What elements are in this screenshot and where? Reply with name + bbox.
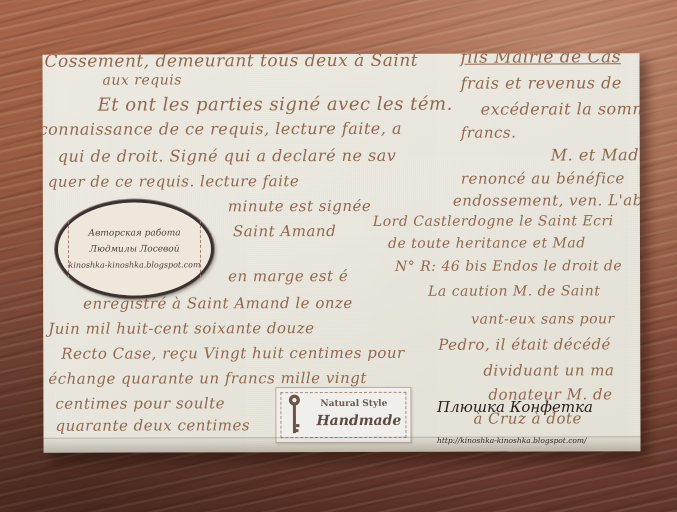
script-line: Saint Amand [233,222,336,240]
script-line: renoncé au bénéfice [461,169,625,187]
script-line: de toute heritance et Mad [388,235,586,252]
script-line: Juin mil huit-cent soixante douze [48,319,314,338]
script-line: Et ont les parties signé avec les tém. [98,94,453,116]
script-line: Recto Case, reçu Vingt huit centimes pou… [61,344,404,363]
script-line: qui de droit. Signé qui a declaré ne sav [58,146,397,166]
script-line: en marge est é [228,267,348,285]
script-line: aux requis [103,72,182,88]
tag-main-text: Handmade [316,413,401,429]
script-line: M. et Madame [551,145,641,164]
tag-title: Natural Style [320,399,387,409]
script-line: N° R: 46 bis Endos le droit de [395,258,622,275]
script-line: La caution M. de Saint [428,283,600,299]
script-line: endossement, ven. L'ab [453,191,641,209]
script-line: centimes pour soulte [55,394,225,412]
script-line: Pedro, il était décédé [438,335,611,353]
script-line: frais et revenus de [461,73,622,92]
script-line: connaissance de ce requis, lecture faite… [42,119,402,139]
script-line: Lord Castlerdogne le Saint Ecri [373,213,614,230]
script-line: francs. [461,124,517,142]
script-line: vant-eux sans pour [471,311,615,327]
oval-label-line-1: Авторская работа [88,228,180,238]
script-line: excéderait la somme [481,99,641,118]
oval-label-url: kinoshka-kinoshka.blogspot.com [68,260,200,269]
oval-label-line-2: Людмилы Лосевой [89,244,179,254]
script-line: Cossement, demeurant tous deux à Saint [44,53,418,72]
decoupage-box-lid: Cossement, demeurant tous deux à Saint a… [42,53,640,453]
script-line: échange quarante un francs mille vingt [48,369,367,388]
script-line: quarante deux centimes [55,416,250,435]
script-line: fils Mairie de Cas [460,53,621,67]
key-icon [285,393,303,437]
watermark-url: http://kinoshka-kinoshka.blogspot.com/ [437,436,587,445]
script-line: minute est signée [228,197,371,215]
script-line: dividuant un ma [483,361,614,379]
handmade-tag-label: Natural Style Handmade [275,387,411,443]
script-line: quer de ce requis. lecture faite [48,172,300,191]
watermark-signature: Плюшка Конфетка [437,398,593,416]
author-oval-label: Авторская работа Людмилы Лосевой kinoshk… [55,199,214,298]
